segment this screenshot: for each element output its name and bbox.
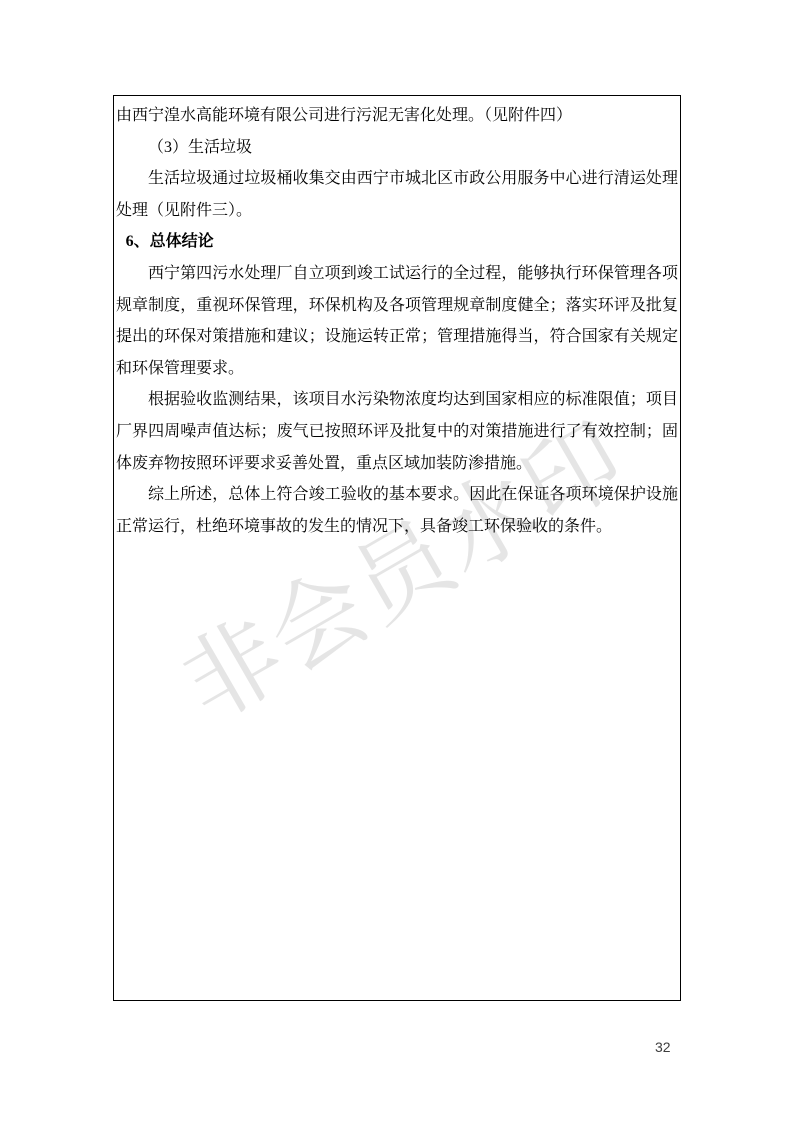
subheading-domestic-waste: （3）生活垃圾 <box>116 132 678 164</box>
paragraph-management-system: 西宁第四污水处理厂自立项到竣工试运行的全过程，能够执行环保管理各项规章制度，重视… <box>116 258 678 384</box>
paragraph-monitoring-results: 根据验收监测结果，该项目水污染物浓度均达到国家相应的标准限值；项目厂界四周噪声值… <box>116 384 678 479</box>
paragraph-sludge-disposal-continuation: 由西宁湟水高能环境有限公司进行污泥无害化处理。（见附件四） <box>116 100 678 132</box>
section-heading-overall-conclusion: 6、总体结论 <box>116 226 678 258</box>
paragraph-final-conclusion: 综上所述，总体上符合竣工验收的基本要求。因此在保证各项环境保护设施正常运行，杜绝… <box>116 479 678 542</box>
document-page: 非会员水印 由西宁湟水高能环境有限公司进行污泥无害化处理。（见附件四） （3）生… <box>0 0 793 1122</box>
paragraph-domestic-waste: 生活垃圾通过垃圾桶收集交由西宁市城北区市政公用服务中心进行清运处理处理（见附件三… <box>116 163 678 226</box>
page-number: 32 <box>655 1039 671 1055</box>
content-border-box: 由西宁湟水高能环境有限公司进行污泥无害化处理。（见附件四） （3）生活垃圾 生活… <box>113 95 681 1001</box>
